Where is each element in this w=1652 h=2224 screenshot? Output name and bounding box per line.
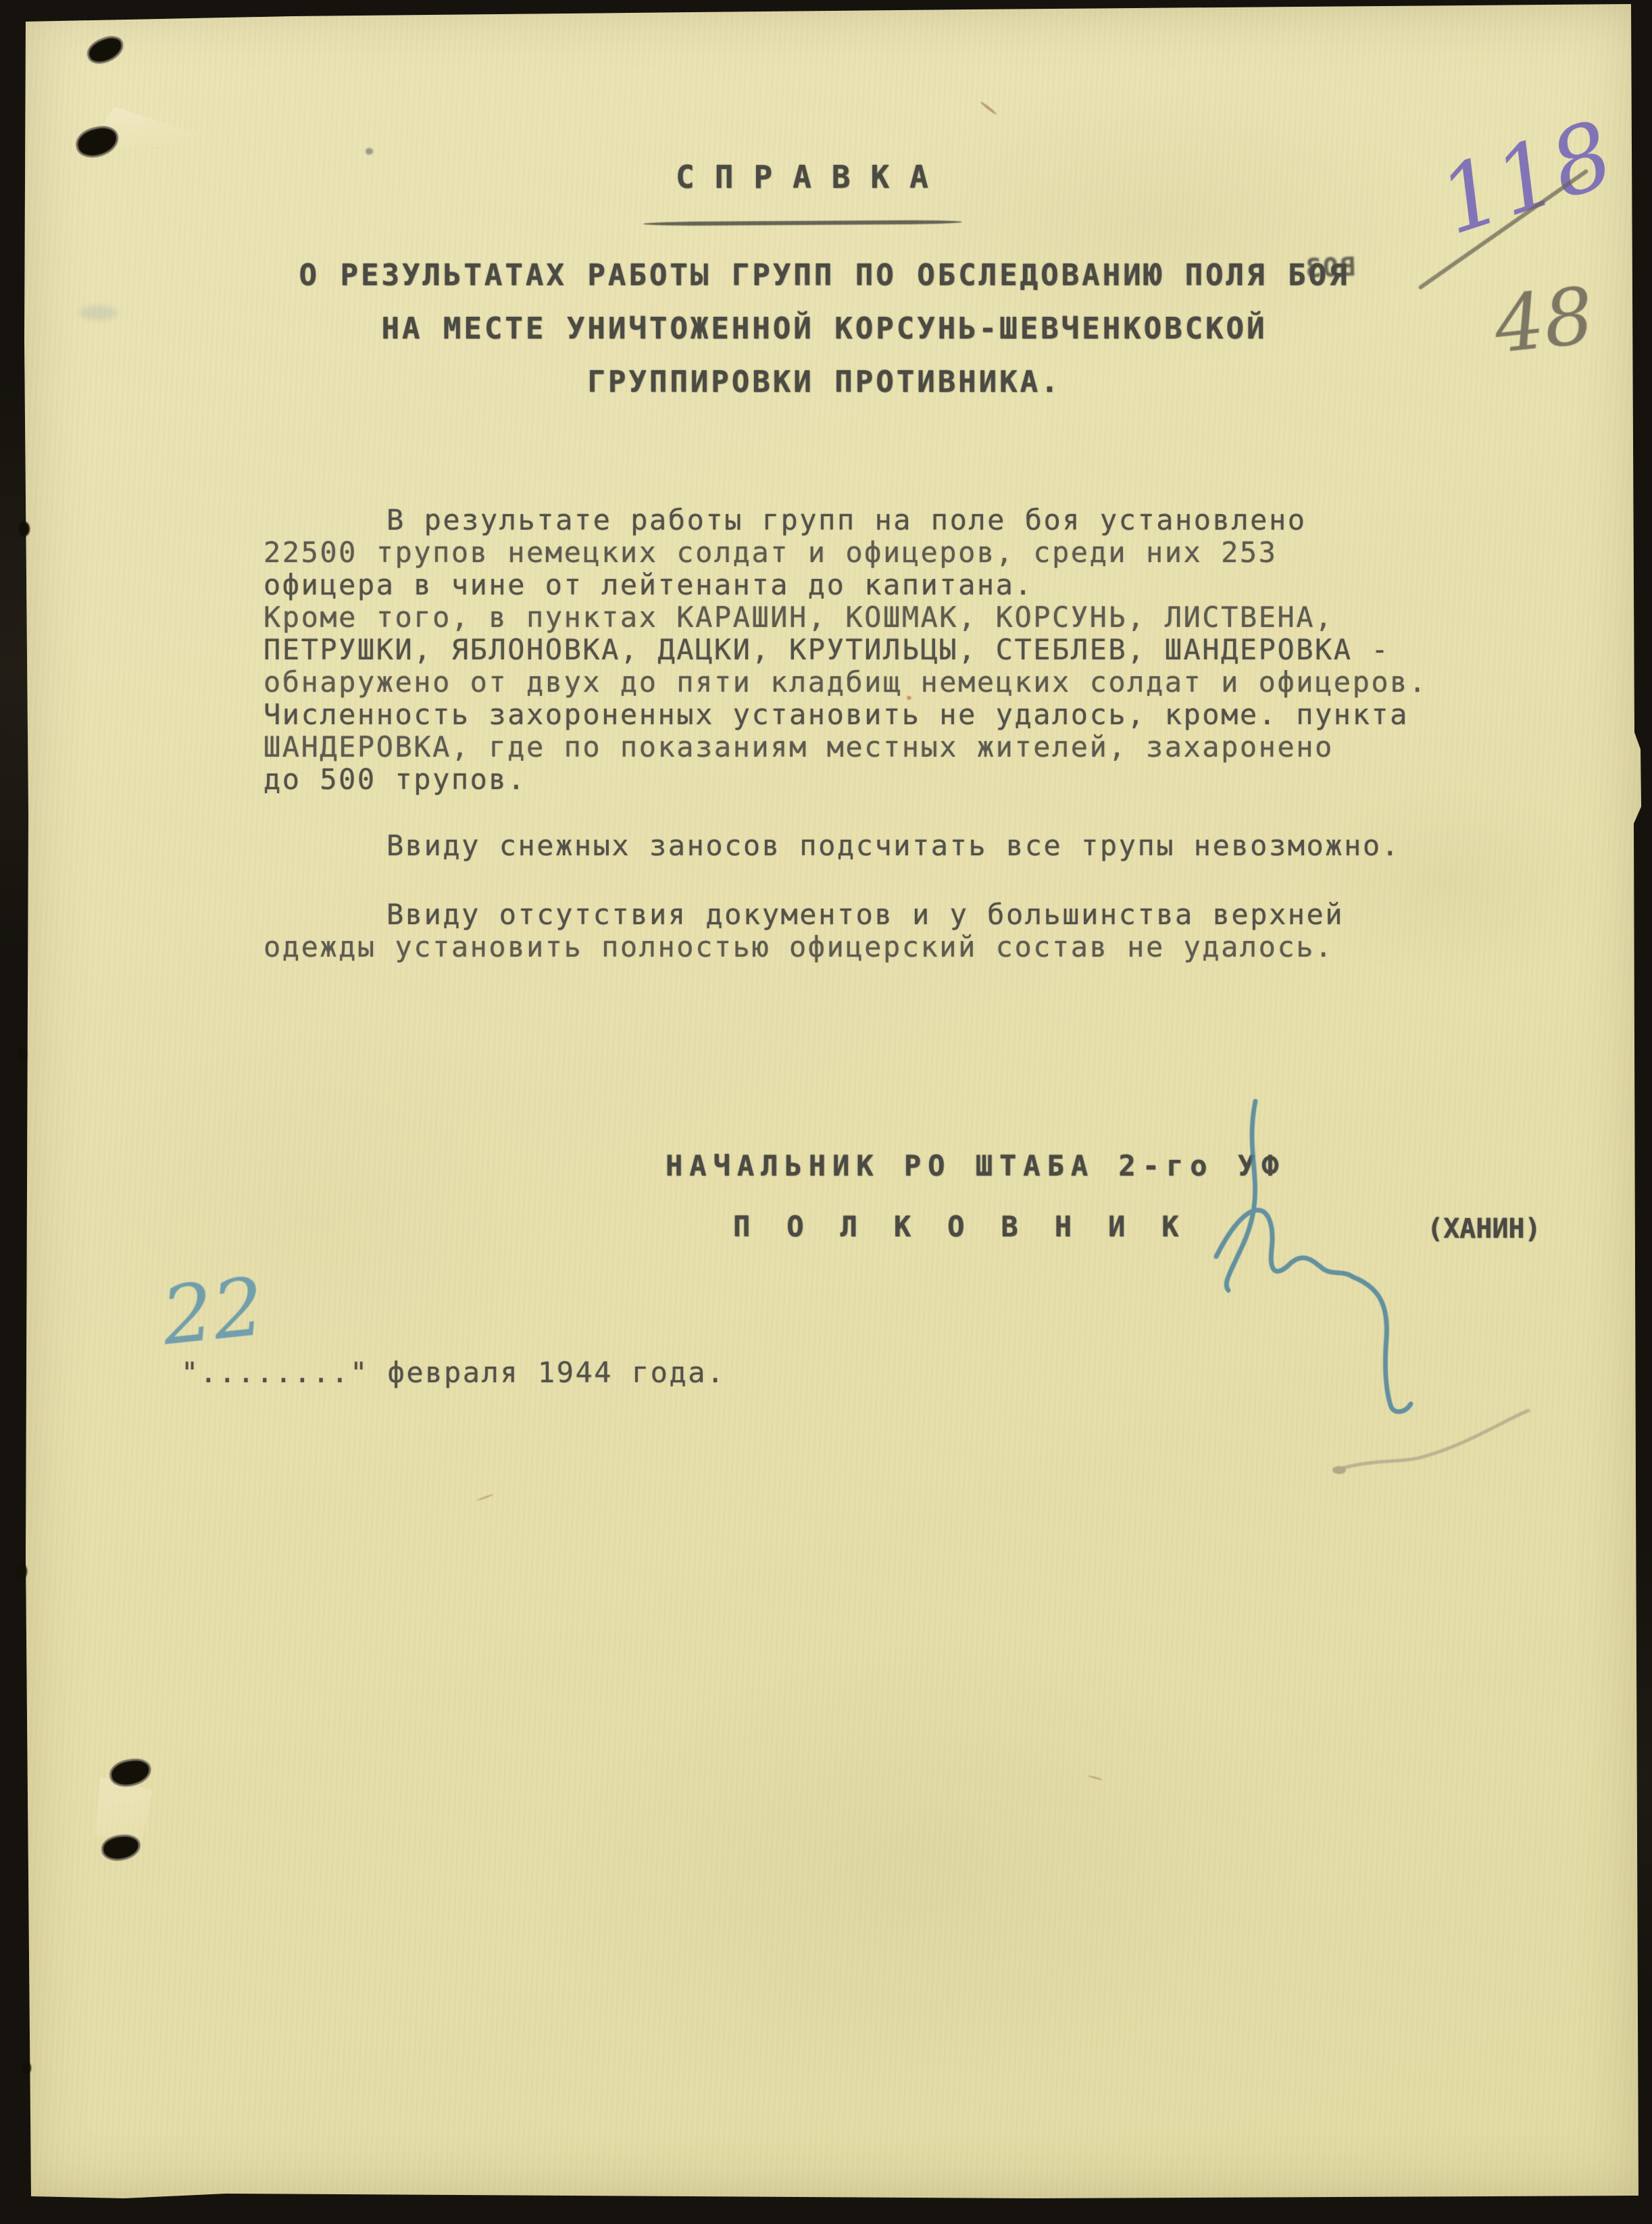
subtitle-line: ГРУППИРОВКИ ПРОТИВНИКА.: [196, 355, 1453, 409]
body-line: ШАНДЕРОВКА, где по показаниям местных жи…: [264, 731, 1428, 763]
body-line: В результате работы групп на поле боя ус…: [264, 504, 1428, 536]
body-line: Кроме того, в пунктах КАРАШИН, КОШМАК, К…: [264, 601, 1428, 634]
body-paragraph: В результате работы групп на поле боя ус…: [264, 504, 1428, 796]
body-line: до 500 трупов.: [264, 763, 1428, 796]
body-paragraph: Ввиду снежных заносов подсчитать все тру…: [264, 830, 1400, 862]
edge-nick: [18, 1048, 27, 1062]
page-number-pencil: 48: [1490, 271, 1598, 372]
edge-nick: [16, 1563, 27, 1579]
body-line: Ввиду отсутствия документов и у большинс…: [264, 899, 1344, 931]
ink-smudge: [80, 305, 117, 320]
handwritten-day: 22: [157, 1260, 268, 1363]
pencil-squiggle: [1311, 1405, 1541, 1493]
body-line: одежды установить полностью офицерский с…: [264, 931, 1344, 963]
page-title: СПРАВКА: [676, 161, 949, 193]
document-scan: { "doc": { "title": "СПРАВКА", "subtitle…: [0, 0, 1652, 2224]
body-line: обнаружено от двух до пяти кладбищ немец…: [264, 666, 1428, 699]
body-line: 22500 трупов немецких солдат и офицеров,…: [264, 536, 1428, 569]
edge-nick: [19, 522, 30, 536]
subtitle-line: О РЕЗУЛЬТАТАХ РАБОТЫ ГРУПП ПО ОБСЛЕДОВАН…: [196, 249, 1453, 302]
body-line: офицера в чине от лейтенанта до капитана…: [264, 569, 1428, 601]
subtitle-line: НА МЕСТЕ УНИЧТОЖЕННОЙ КОРСУНЬ-ШЕВЧЕНКОВС…: [196, 302, 1453, 355]
body-line: ПЕТРУШКИ, ЯБЛОНОВКА, ДАЦКИ, КРУТИЛЬЦЫ, С…: [264, 634, 1428, 666]
paper-speck: [366, 148, 373, 155]
date-line: "........" февраля 1944 года.: [181, 1357, 726, 1389]
body-line: Ввиду снежных заносов подсчитать все тру…: [264, 830, 1400, 862]
edge-nick: [22, 2062, 31, 2074]
handwritten-signature: [1176, 1081, 1459, 1432]
body-line: Численность захороненных установить не у…: [264, 699, 1428, 731]
body-paragraph: Ввиду отсутствия документов и у большинс…: [264, 899, 1344, 963]
signature-rank: ПОЛКОВНИК: [733, 1211, 1216, 1243]
bleedthrough-text: ВОЗ: [1303, 251, 1356, 285]
